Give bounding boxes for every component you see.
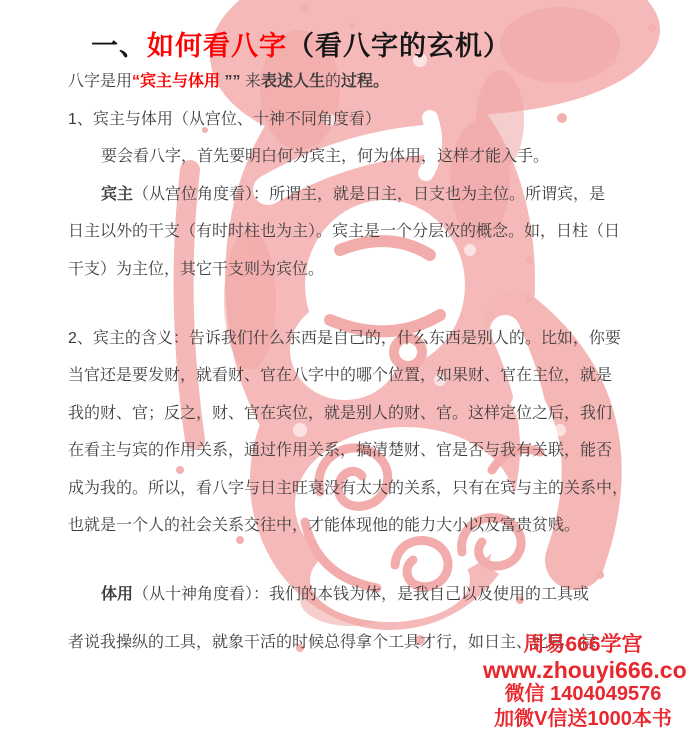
body-line: 宾主（从宫位角度看）：所谓主，就是日主，日支也为主位。所谓宾，是 bbox=[68, 176, 628, 214]
body-line: 2、宾主的含义：告诉我们什么东西是自己的，什么东西是别人的。比如，你要 bbox=[68, 320, 628, 358]
text-segment: 过程。 bbox=[341, 73, 389, 90]
watermark-contact-line: www.zhouyi666.com bbox=[483, 658, 683, 683]
text-segment: 我的财、官；反之，财、官在宾位，就是别人的财、官。这样定位之后，我们 bbox=[68, 405, 612, 422]
text-segment: 宾主 bbox=[101, 186, 133, 203]
text-segment: 当官还是要发财，就看财、官在八字中的哪个位置，如果财、官在主位，就是 bbox=[68, 367, 612, 384]
text-segment: 也就是一个人的社会关系交往中，才能体现他的能力大小以及富贵贫贱。 bbox=[68, 517, 580, 534]
text-segment: （从十神角度看）：我们的本钱为体，是我自己以及使用的工具或 bbox=[133, 586, 589, 603]
text-segment: 八字是用 bbox=[68, 73, 132, 90]
text-segment: 在看主与宾的作用关系，通过作用关系，搞清楚财、官是否与我有关联，能否 bbox=[68, 442, 612, 459]
body-text: 八字是用“宾主与体用 ”” 来表述人生的过程。1、宾主与体用（从宫位、十神不同角… bbox=[68, 63, 628, 662]
body-line: 当官还是要发财，就看财、官在八字中的哪个位置，如果财、官在主位，就是 bbox=[68, 357, 628, 395]
text-segment: 2、宾主的含义：告诉我们什么东西是自己的，什么东西是别人的。比如，你要 bbox=[68, 330, 621, 347]
text-segment: 来 bbox=[240, 73, 260, 90]
text-segment: 成为我的。所以，看八字与日主旺衰没有太大的关系，只有在宾与主的关系中， bbox=[68, 480, 628, 497]
page-title: 一、如何看八字（看八字的玄机） bbox=[91, 24, 511, 63]
text-segment: （从宫位角度看）：所谓主，就是日主，日支也为主位。所谓宾，是 bbox=[133, 186, 605, 203]
watermark-contact-line: 加微V信送1000本书 bbox=[483, 707, 683, 732]
body-line: 1、宾主与体用（从宫位、十神不同角度看） bbox=[68, 101, 628, 139]
text-segment: 要会看八字，首先要明白何为宾主，何为体用，这样才能入手。 bbox=[101, 148, 549, 165]
body-line: 八字是用“宾主与体用 ”” 来表述人生的过程。 bbox=[68, 63, 628, 101]
text-segment: ”” bbox=[220, 73, 240, 90]
text-segment: 的 bbox=[325, 73, 341, 90]
body-line: 在看主与宾的作用关系，通过作用关系，搞清楚财、官是否与我有关联，能否 bbox=[68, 432, 628, 470]
title-section-number: 一、 bbox=[91, 31, 147, 61]
text-segment: 干支）为主位，其它干支则为宾位。 bbox=[68, 261, 324, 278]
title-subtitle: （看八字的玄机） bbox=[287, 31, 511, 61]
body-line: 要会看八字，首先要明白何为宾主，何为体用，这样才能入手。 bbox=[68, 138, 628, 176]
watermark-contact-line: 周易666学宫 bbox=[483, 633, 683, 658]
body-line: 成为我的。所以，看八字与日主旺衰没有太大的关系，只有在宾与主的关系中， bbox=[68, 470, 628, 508]
title-highlight: 如何看八字 bbox=[147, 31, 287, 61]
body-line: 干支）为主位，其它干支则为宾位。 bbox=[68, 251, 628, 289]
watermark-contact-line: 微信 1404049576 bbox=[483, 682, 683, 707]
text-segment: 1、宾主与体用（从宫位、十神不同角度看） bbox=[68, 111, 381, 128]
text-segment: 表述人生 bbox=[261, 73, 325, 90]
body-line: 我的财、官；反之，财、官在宾位，就是别人的财、官。这样定位之后，我们 bbox=[68, 395, 628, 433]
body-line: 日主以外的干支（有时时柱也为主）。宾主是一个分层次的概念。如，日柱（日 bbox=[68, 213, 628, 251]
body-line: 体用（从十神角度看）：我们的本钱为体，是我自己以及使用的工具或 bbox=[68, 576, 628, 614]
text-segment: 体用 bbox=[101, 586, 133, 603]
text-segment: “宾主与体用 bbox=[132, 73, 220, 90]
text-segment: 日主以外的干支（有时时柱也为主）。宾主是一个分层次的概念。如，日柱（日 bbox=[68, 223, 620, 240]
document-page: 一、如何看八字（看八字的玄机） 八字是用“宾主与体用 ”” 来表述人生的过程。1… bbox=[0, 0, 686, 735]
body-line: 也就是一个人的社会关系交往中，才能体现他的能力大小以及富贵贫贱。 bbox=[68, 507, 628, 545]
watermark-contact: 周易666学宫www.zhouyi666.com微信 1404049576加微V… bbox=[483, 633, 683, 731]
